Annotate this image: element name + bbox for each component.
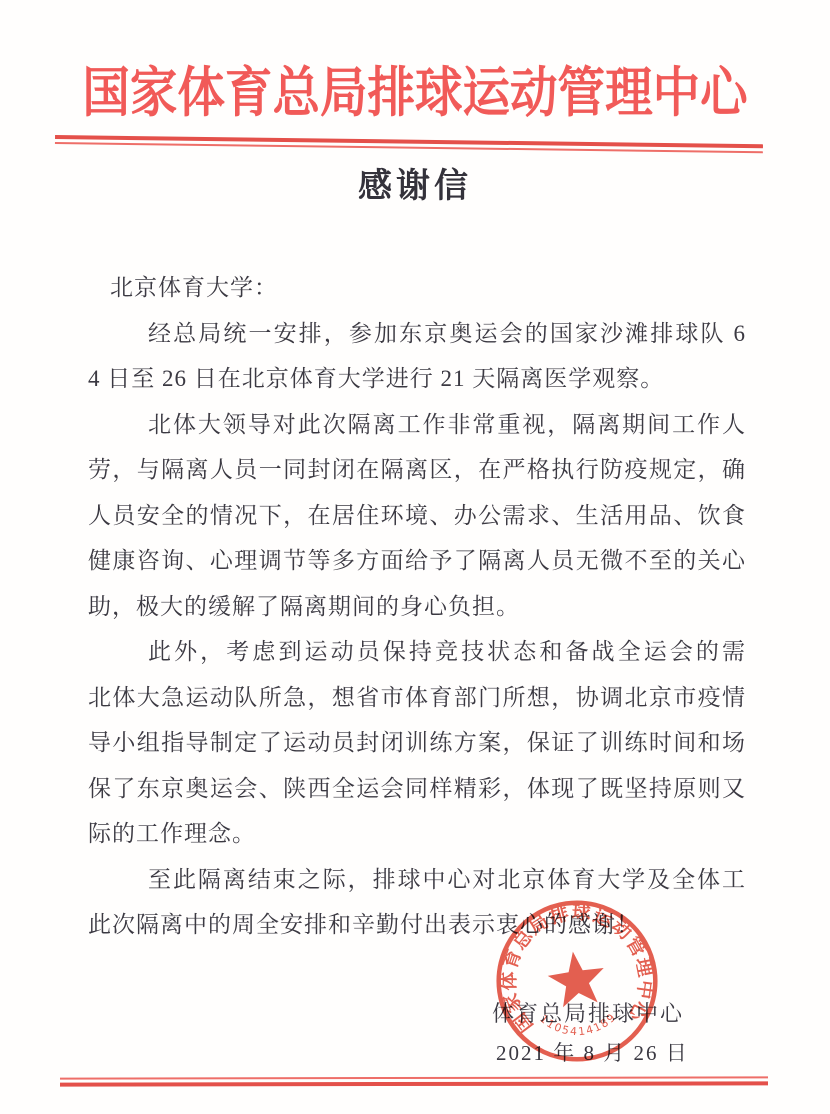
body-line: 北体大急运动队所急，想省市体育部门所想，协调北京市疫情防控领 [88, 675, 746, 721]
footer-rule-thick [60, 1081, 768, 1086]
red-star-icon [545, 948, 608, 1009]
letterhead-rule [55, 135, 763, 153]
body-line: 助，极大的缓解了隔离期间的身心负担。 [88, 584, 746, 630]
body-line: 人员安全的情况下，在居住环境、办公需求、生活用品、饮食搭配、 [88, 493, 746, 539]
body-line: 劳，与隔离人员一同封闭在隔离区，在严格执行防疫规定，确保隔离 [88, 447, 746, 493]
body-line: 际的工作理念。 [88, 811, 746, 857]
letter-title: 感谢信 [0, 158, 830, 207]
body-line: 健康咨询、心理调节等多方面给予了隔离人员无微不至的关心和帮 [88, 538, 746, 584]
official-seal-graphic: 国家体育总局排球运动管理中心 1105414189 [475, 879, 678, 1082]
footer-rule [60, 1076, 768, 1086]
seal-number: 1105414189 [536, 1002, 621, 1044]
salutation-line: 北京体育大学： [88, 265, 746, 311]
official-seal: 国家体育总局排球运动管理中心 1105414189 [475, 879, 678, 1082]
letter-body: 北京体育大学： 经总局统一安排，参加东京奥运会的国家沙滩排球队 6 人于 8 月… [88, 265, 746, 948]
letterhead-org-name: 国家体育总局排球运动管理中心 [50, 50, 780, 127]
body-line: 此外，考虑到运动员保持竞技状态和备战全运会的需要，总局和 [88, 629, 746, 675]
body-line: 导小组指导制定了运动员封闭训练方案，保证了训练时间和场地，确 [88, 720, 746, 766]
body-line: 北体大领导对此次隔离工作非常重视，隔离期间工作人员不辞辛 [88, 402, 746, 448]
svg-text:1105414189: 1105414189 [536, 1002, 621, 1044]
body-line: 4 日至 26 日在北京体育大学进行 21 天隔离医学观察。 [88, 356, 746, 402]
body-line: 保了东京奥运会、陕西全运会同样精彩，体现了既坚持原则又结合实 [88, 766, 746, 812]
letter-document: 国家体育总局排球运动管理中心 感谢信 北京体育大学： 经总局统一安排，参加东京奥… [0, 0, 830, 1114]
body-line: 经总局统一安排，参加东京奥运会的国家沙滩排球队 6 人于 8 月 [88, 311, 746, 357]
footer-rule-thin [60, 1076, 768, 1079]
